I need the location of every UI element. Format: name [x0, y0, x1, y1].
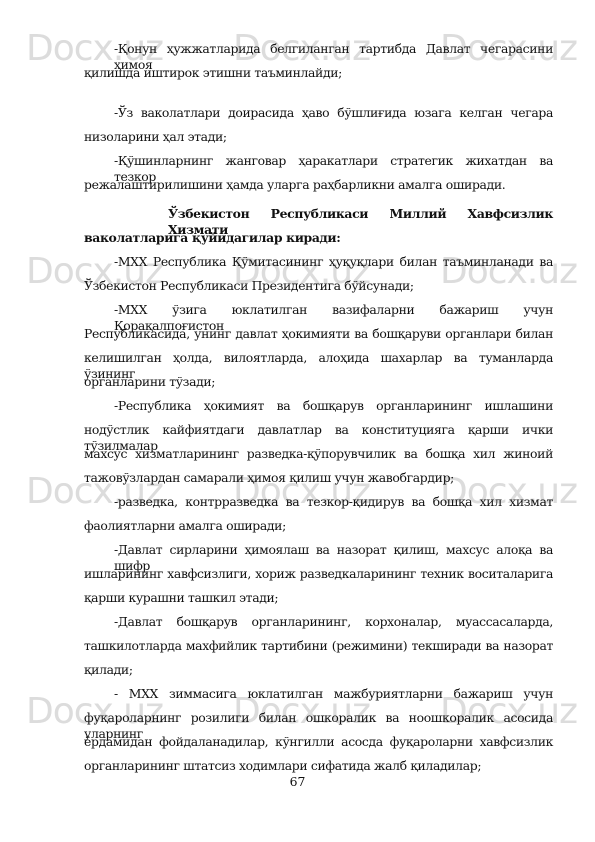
page-number: 67 — [0, 774, 595, 789]
paragraph-line: Республикасида, унинг давлат ҳокимияти в… — [84, 326, 553, 342]
paragraph-line: -Ўз ваколатлари доирасида ҳаво бўшлиғида… — [114, 105, 553, 121]
paragraph-line: органларини тўзади; — [84, 374, 553, 390]
paragraph-line: ёрдамидан фойдаланадилар, кўнгилли асосд… — [84, 734, 553, 750]
paragraph-line: ташкилотларда махфийлик тартибини (режим… — [84, 638, 553, 654]
paragraph-line: махсус хизматларининг разведка-қўпорувчи… — [84, 446, 553, 462]
paragraph-line: - МХХ зиммасига юклатилган мажбуриятларн… — [114, 686, 553, 702]
paragraph-line: -МХХ Республика Қўмитасининг ҳуқуқлари б… — [114, 254, 553, 270]
paragraph-line: Ўзбекистон Республикаси Президентига бўй… — [84, 278, 553, 294]
paragraph-line: фаолиятларни амалга оширади; — [84, 518, 553, 534]
paragraph-line: режалаштирилишини ҳамда уларга раҳбарлик… — [84, 177, 553, 193]
paragraph-line: тажовўзлардан самарали ҳимоя қилиш учун … — [84, 470, 553, 486]
section-heading: ваколатларига қуйидагилар киради: — [84, 230, 553, 246]
paragraph-line: қарши курашни ташкил этади; — [84, 590, 553, 606]
paragraph-line: ишларининг хавфсизлиги, хориж разведкала… — [84, 566, 553, 582]
paragraph-line: қилишда иштирок этишни таъминлайди; — [84, 65, 553, 81]
paragraph-line: органларининг штатсиз ходимлари сифатида… — [84, 758, 553, 774]
paragraph-line: -Республика ҳокимият ва бошқарув органла… — [114, 398, 553, 414]
paragraph-line: қилади; — [84, 662, 553, 678]
paragraph-line: -разведка, контрразведка ва тезкор-қидир… — [114, 494, 553, 510]
paragraph-line: низоларини ҳал этади; — [84, 129, 553, 145]
paragraph-line: -Давлат бошқарув органларининг, корхонал… — [114, 614, 553, 630]
